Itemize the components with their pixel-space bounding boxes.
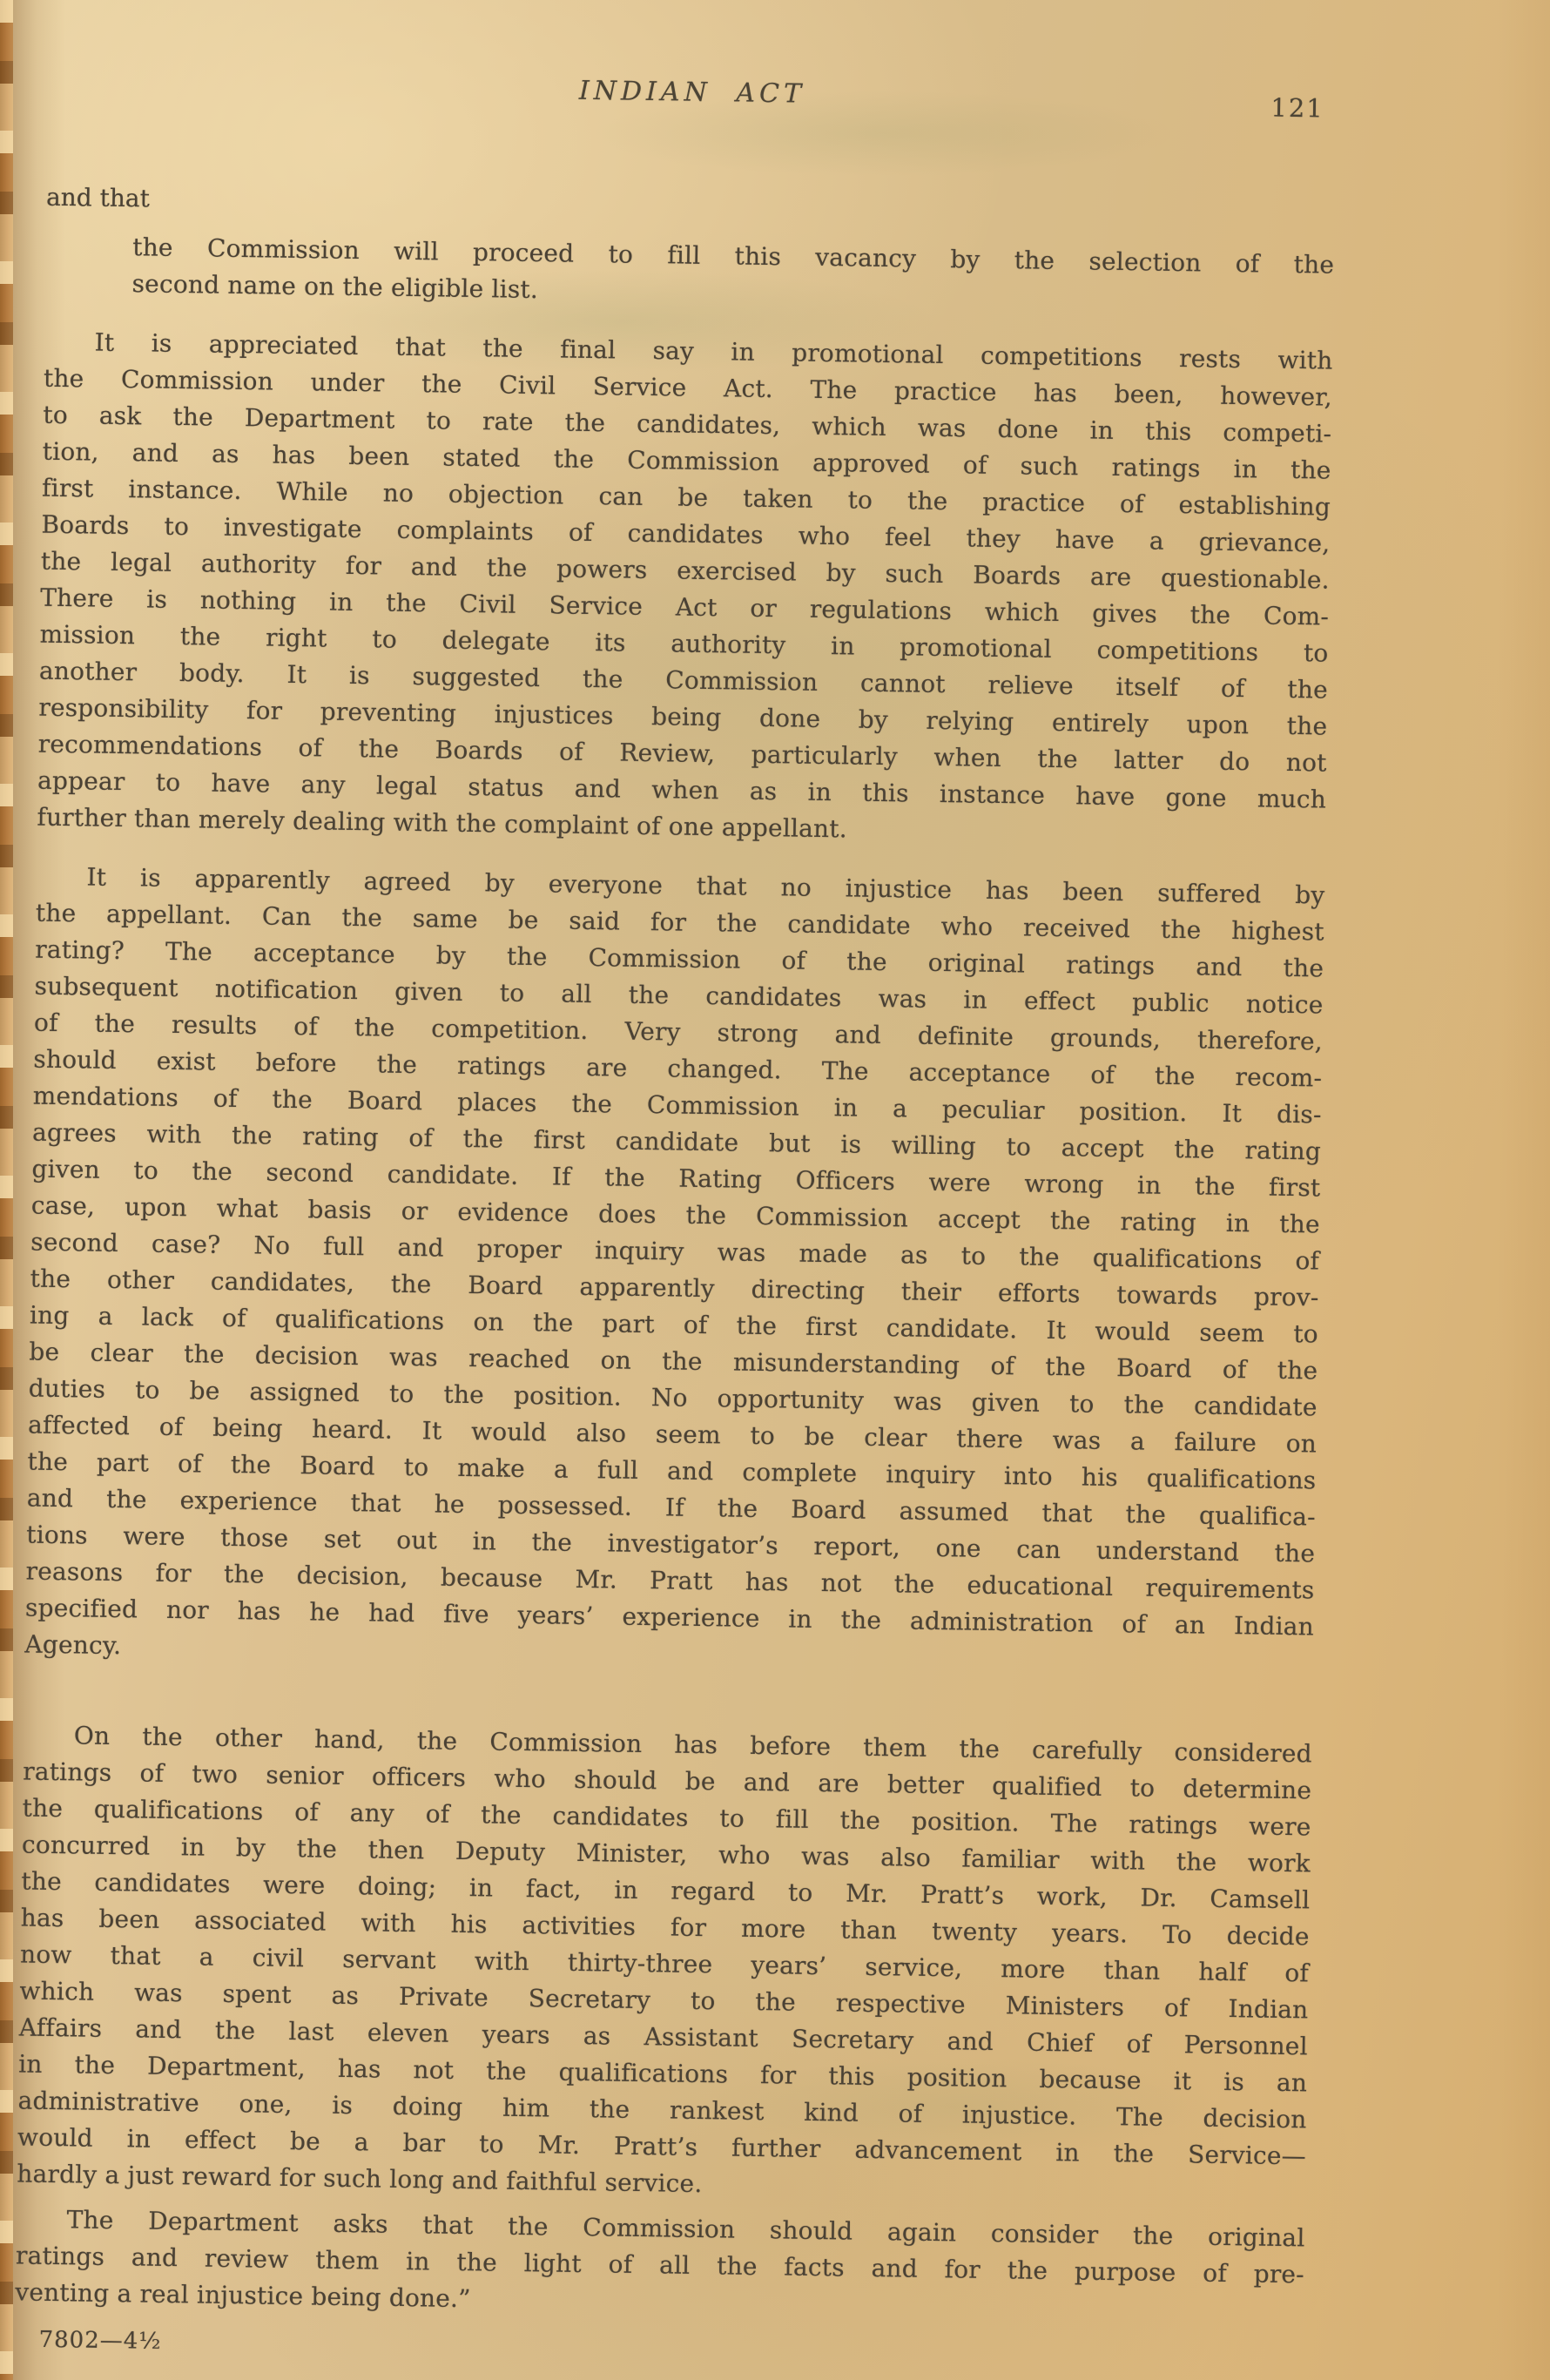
page-number: 121 xyxy=(1270,93,1324,124)
page-content: INDIAN ACT 121 and that the Commission w… xyxy=(14,68,1337,2372)
printer-signature: 7802—4½ xyxy=(14,2326,1303,2371)
scanned-book-page: INDIAN ACT 121 and that the Commission w… xyxy=(0,0,1550,2380)
running-title: INDIAN ACT xyxy=(48,68,1337,118)
intro-line: and that xyxy=(46,179,1335,235)
paragraph-2: It is apparently agreed by everyone that… xyxy=(24,859,1325,1682)
block-quote: the Commission will proceed to fill this… xyxy=(131,229,1334,320)
binding-edge xyxy=(0,0,13,2380)
page-header: INDIAN ACT 121 xyxy=(48,68,1338,127)
paragraph-3: On the other hand, the Commission has be… xyxy=(17,1716,1312,2211)
paragraph-4: The Department asks that the Commission … xyxy=(15,2201,1305,2329)
paragraph-1: It is appreciated that the final say in … xyxy=(37,324,1333,855)
